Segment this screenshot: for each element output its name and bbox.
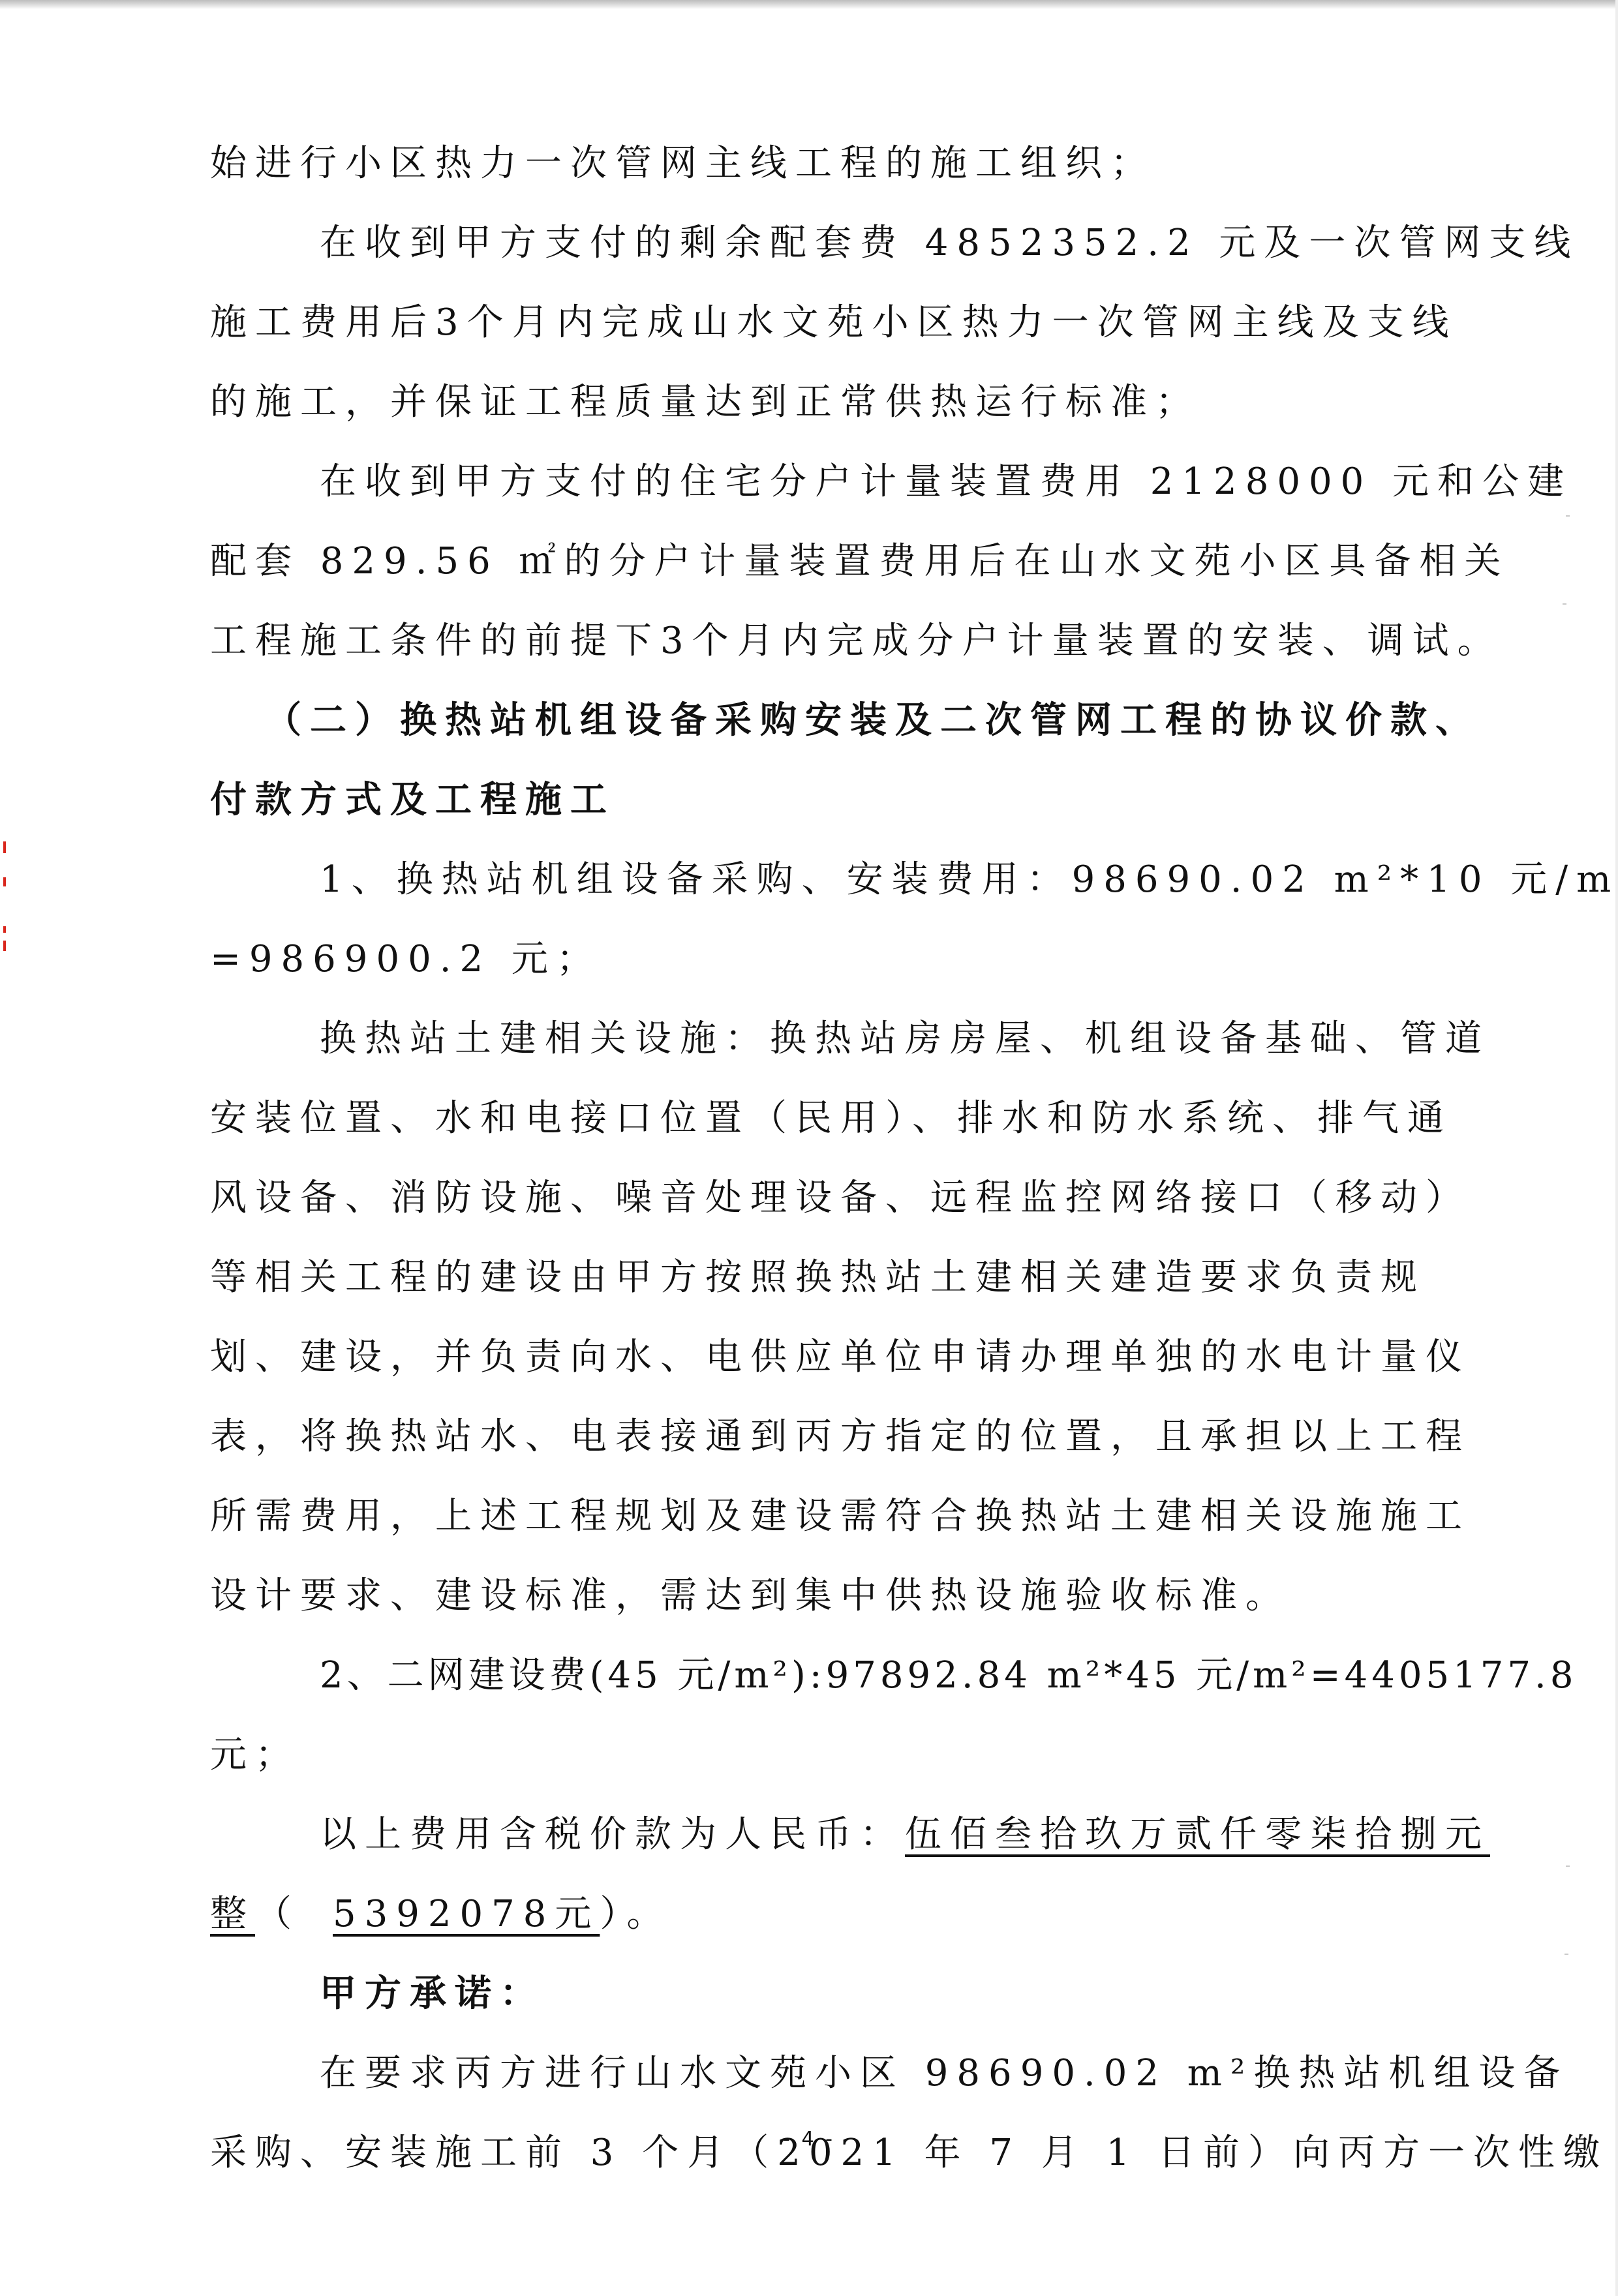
- margin-mark: [3, 841, 6, 853]
- text-line: 采购、安装施工前 3 个月（2021 年 7 月 1 日前）向丙方一次性缴: [210, 2113, 1421, 2193]
- text-line: 风设备、消防设施、噪音处理设备、远程监控网络接口（移动）: [210, 1158, 1421, 1238]
- scan-speck: [1565, 1954, 1568, 1955]
- margin-mark: [3, 926, 6, 933]
- scan-speck: [1563, 603, 1566, 605]
- text-line: 施工费用后3个月内完成山水文苑小区热力一次管网主线及支线: [210, 283, 1421, 363]
- amount-in-words: 伍佰叁拾玖万贰仟零柒拾捌元: [905, 1813, 1490, 1856]
- item-1-equipment-cost: 1、换热站机组设备采购、安装费用：98690.02 m²*10 元/m² =98…: [210, 840, 1421, 999]
- text-line: 在要求丙方进行山水文苑小区 98690.02 m²换热站机组设备: [210, 2034, 1421, 2113]
- text-line: 1、换热站机组设备采购、安装费用：98690.02 m²*10 元/m²: [210, 840, 1421, 920]
- text-line: 2、二网建设费(45 元/m²):97892.84 m²*45 元/m²=440…: [210, 1636, 1421, 1715]
- text-line: 的施工，并保证工程质量达到正常供热运行标准；: [210, 363, 1421, 442]
- paragraph-remaining-fee: 在收到甲方支付的剩余配套费 4852352.2 元及一次管网支线 施工费用后3个…: [210, 204, 1421, 442]
- heading-line: 甲方承诺：: [210, 1954, 1421, 2034]
- text-line: 始进行小区热力一次管网主线工程的施工组织；: [210, 124, 1421, 204]
- text-line: 等相关工程的建设由甲方按照换热站土建相关建造要求负责规: [210, 1238, 1421, 1318]
- document-body: 始进行小区热力一次管网主线工程的施工组织； 在收到甲方支付的剩余配套费 4852…: [210, 124, 1421, 2193]
- margin-mark: [3, 877, 6, 886]
- text-line: 所需费用，上述工程规划及建设需符合换热站土建相关设施施工: [210, 1477, 1421, 1556]
- scan-right-edge: [1615, 0, 1618, 2296]
- scan-speck: [1566, 515, 1570, 517]
- heading-party-a-promise: 甲方承诺：: [210, 1954, 1421, 2034]
- text-line: 整（5392078元）。: [210, 1875, 1421, 1954]
- paragraph-total-price: 以上费用含税价款为人民币：伍佰叁拾玖万贰仟零柒拾捌元 整（5392078元）。: [210, 1795, 1421, 1954]
- text-line: 在收到甲方支付的剩余配套费 4852352.2 元及一次管网支线: [210, 204, 1421, 283]
- text-line: 在收到甲方支付的住宅分户计量装置费用 2128000 元和公建: [210, 442, 1421, 522]
- text-line: 工程施工条件的前提下3个月内完成分户计量装置的安装、调试。: [210, 601, 1421, 681]
- page-number: - 4 -: [0, 2128, 1618, 2151]
- text-line: 元；: [210, 1715, 1421, 1795]
- text-line: 以上费用含税价款为人民币：伍佰叁拾玖万贰仟零柒拾捌元: [210, 1795, 1421, 1875]
- text-line: 表，将换热站水、电表接通到丙方指定的位置，且承担以上工程: [210, 1397, 1421, 1477]
- item-2-secondary-network-cost: 2、二网建设费(45 元/m²):97892.84 m²*45 元/m²=440…: [210, 1636, 1421, 1795]
- amount-in-words-end: 整: [210, 1893, 255, 1935]
- paragraph-civil-facilities: 换热站土建相关设施：换热站房房屋、机组设备基础、管道 安装位置、水和电接口位置（…: [210, 999, 1421, 1636]
- total-label: 以上费用含税价款为人民币：: [320, 1813, 905, 1856]
- heading-line: （二）换热站机组设备采购安装及二次管网工程的协议价款、: [210, 681, 1421, 761]
- scan-top-edge: [0, 0, 1618, 9]
- text-line: =986900.2 元；: [210, 920, 1421, 999]
- paren-close: ）。: [600, 1893, 671, 1935]
- section-heading-2: （二）换热站机组设备采购安装及二次管网工程的协议价款、 付款方式及工程施工: [210, 681, 1421, 840]
- paragraph-continuation: 始进行小区热力一次管网主线工程的施工组织；: [210, 124, 1421, 204]
- heading-line: 付款方式及工程施工: [210, 761, 1421, 840]
- scan-speck: [1566, 1865, 1570, 1867]
- paragraph-metering-fee: 在收到甲方支付的住宅分户计量装置费用 2128000 元和公建 配套 829.5…: [210, 442, 1421, 681]
- text-line: 换热站土建相关设施：换热站房房屋、机组设备基础、管道: [210, 999, 1421, 1079]
- text-line: 划、建设，并负责向水、电供应单位申请办理单独的水电计量仪: [210, 1318, 1421, 1397]
- text-line: 配套 829.56 ㎡的分户计量装置费用后在山水文苑小区具备相关: [210, 522, 1421, 601]
- margin-mark: [3, 941, 6, 951]
- paragraph-promise: 在要求丙方进行山水文苑小区 98690.02 m²换热站机组设备 采购、安装施工…: [210, 2034, 1421, 2193]
- amount-in-figures: 5392078元: [300, 1893, 600, 1935]
- paren-open: （: [255, 1893, 300, 1935]
- text-line: 设计要求、建设标准，需达到集中供热设施验收标准。: [210, 1556, 1421, 1636]
- text-line: 安装位置、水和电接口位置（民用）、排水和防水系统、排气通: [210, 1079, 1421, 1158]
